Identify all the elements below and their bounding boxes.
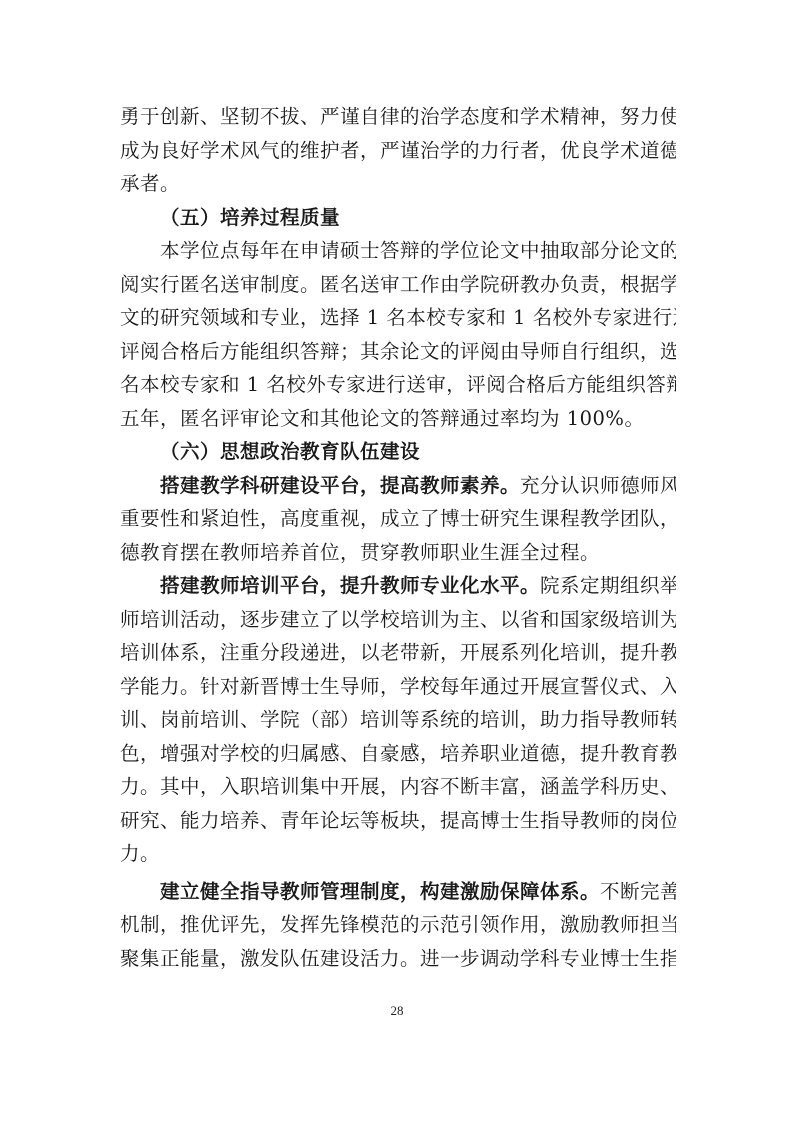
paragraph-first-line: 搭建教师培训平台，提升教师专业化水平。院系定期组织举办教 xyxy=(120,569,676,603)
text-line: 评阅合格后方能组织答辩；其余论文的评阅由导师自行组织，选择 1 xyxy=(120,335,676,369)
text-line: 学能力。针对新晋博士生导师，学校每年通过开展宣誓仪式、入职培 xyxy=(120,670,676,704)
text-line: 五年，匿名评审论文和其他论文的答辩通过率均为 100%。 xyxy=(120,402,676,436)
paragraph-text: 院系定期组织举办教 xyxy=(540,574,676,597)
text-line: 力。其中，入职培训集中开展，内容不断丰富，涵盖学科历史、科学 xyxy=(120,770,676,804)
text-line: 培训体系，注重分段递进，以老带新，开展系列化培训，提升教师教 xyxy=(120,636,676,670)
text-line: 力。 xyxy=(120,837,676,871)
text-line: 文的研究领域和专业，选择 1 名本校专家和 1 名校外专家进行送审， xyxy=(120,301,676,335)
paragraph-first-line: 建立健全指导教师管理制度，构建激励保障体系。不断完善激励 xyxy=(120,875,676,909)
text-line: 阅实行匿名送审制度。匿名送审工作由学院研教办负责，根据学位论 xyxy=(120,268,676,302)
paragraph-lead-bold: 搭建教师培训平台，提升教师专业化水平。 xyxy=(160,574,540,597)
section-heading-6: （六）思想政治教育队伍建设 xyxy=(120,435,676,469)
text-line: 成为良好学术风气的维护者，严谨治学的力行者，优良学术道德的传 xyxy=(120,134,676,168)
paragraph-text: 充分认识师德师风建设 xyxy=(520,474,676,497)
document-page: 勇于创新、坚韧不拔、严谨自律的治学态度和学术精神，努力使他们 成为良好学术风气的… xyxy=(120,100,676,975)
page-number: 28 xyxy=(0,1003,794,1019)
text-line: 训、岗前培训、学院（部）培训等系统的培训，助力指导教师转变角 xyxy=(120,703,676,737)
paragraph-text: 不断完善激励 xyxy=(600,880,676,903)
text-line: 德教育摆在教师培养首位，贯穿教师职业生涯全过程。 xyxy=(120,536,676,570)
paragraph-first-line: 搭建教学科研建设平台，提高教师素养。充分认识师德师风建设 xyxy=(120,469,676,503)
text-line: 聚集正能量，激发队伍建设活力。进一步调动学科专业博士生指导教 xyxy=(120,942,676,976)
text-line: 重要性和紧迫性，高度重视，成立了博士研究生课程教学团队，将师 xyxy=(120,502,676,536)
paragraph-lead-bold: 建立健全指导教师管理制度，构建激励保障体系。 xyxy=(160,880,600,903)
text-line: 机制，推优评先，发挥先锋模范的示范引领作用，激励教师担当作为， xyxy=(120,908,676,942)
paragraph-lead-bold: 搭建教学科研建设平台，提高教师素养。 xyxy=(160,474,520,497)
text-line: 名本校专家和 1 名校外专家进行送审，评阅合格后方能组织答辩；近 xyxy=(120,368,676,402)
text-line: 师培训活动，逐步建立了以学校培训为主、以省和国家级培训为辅的 xyxy=(120,603,676,637)
text-line: 研究、能力培养、青年论坛等板块，提高博士生指导教师的岗位胜任 xyxy=(120,804,676,838)
section-heading-5: （五）培养过程质量 xyxy=(120,201,676,235)
text-line: 勇于创新、坚韧不拔、严谨自律的治学态度和学术精神，努力使他们 xyxy=(120,100,676,134)
text-line: 承者。 xyxy=(120,167,676,201)
text-line: 本学位点每年在申请硕士答辩的学位论文中抽取部分论文的评 xyxy=(120,234,676,268)
text-line: 色，增强对学校的归属感、自豪感，培养职业道德，提升教育教学能 xyxy=(120,737,676,771)
